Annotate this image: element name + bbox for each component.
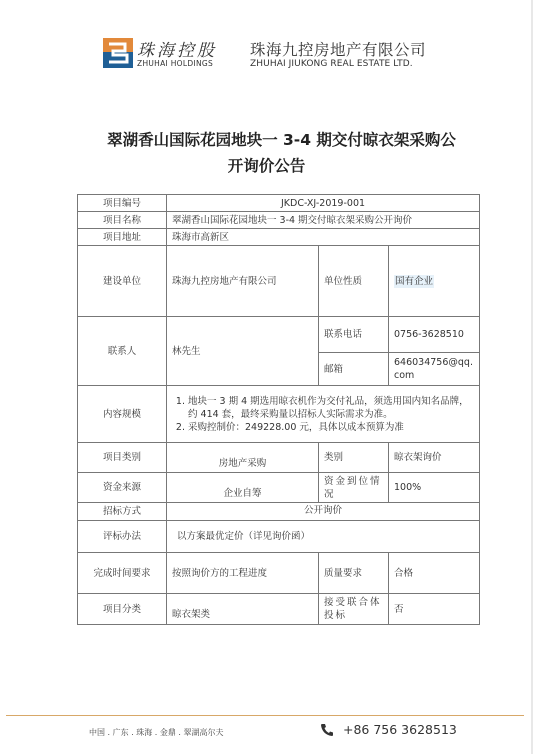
logo-en-text: ZHUHAI HOLDINGS	[137, 59, 213, 68]
table-row-project-name: 项目名称 翠湖香山国际花园地块一 3-4 期交付晾衣架采购公开询价	[78, 212, 480, 229]
table-row-funding: 资金来源 企业自筹 资金到位情况 100%	[78, 473, 480, 503]
project-no-label: 项目编号	[78, 195, 167, 212]
company-name-en: ZHUHAI JIUKONG REAL ESTATE LTD.	[250, 59, 413, 69]
scope-item-1: 地块一 3 期 4 期选用晾衣机作为交付礼品，须选用国内知名品牌，约 414 套…	[188, 395, 474, 421]
company-name-cn: 珠海九控房地产有限公司	[250, 38, 426, 60]
builder-value: 珠海九控房地产有限公司	[167, 246, 319, 317]
project-name-value: 翠湖香山国际花园地块一 3-4 期交付晾衣架采购公开询价	[167, 212, 480, 229]
letterhead: 珠海控股 ZHUHAI HOLDINGS 珠海九控房地产有限公司 ZHUHAI …	[0, 0, 533, 90]
table-row-bidding-method: 招标方式 公开询价	[78, 503, 480, 521]
funding-status-label: 资金到位情况	[319, 473, 389, 503]
table-row-deadline: 完成时间要求 按照询价方的工程进度 质量要求 合格	[78, 553, 480, 594]
builder-nature-cell: 国有企业	[389, 246, 480, 317]
scope-list: 地块一 3 期 4 期选用晾衣机作为交付礼品，须选用国内知名品牌，约 414 套…	[172, 395, 474, 434]
table-row-evaluation: 评标办法 以方案最优定价（详见询价函）	[78, 521, 480, 553]
scope-item-2: 采购控制价：249228.00 元，具体以成本预算为准	[188, 421, 474, 434]
builder-label: 建设单位	[78, 246, 167, 317]
contact-email-value: 646034756@qq.com	[389, 353, 480, 386]
deadline-label: 完成时间要求	[78, 553, 167, 594]
category-type-label: 类别	[319, 443, 389, 473]
consortium-value: 否	[389, 594, 480, 625]
footer-divider	[6, 715, 524, 716]
contact-email-label: 邮箱	[319, 353, 389, 386]
funding-status-value: 100%	[389, 473, 480, 503]
deadline-value: 按照询价方的工程进度	[167, 553, 319, 594]
table-row-category: 项目类别 房地产采购 类别 晾衣架询价	[78, 443, 480, 473]
contact-phone-value: 0756-3628510	[389, 317, 480, 353]
project-info-table: 项目编号 JKDC-XJ-2019-001 项目名称 翠湖香山国际花园地块一 3…	[77, 194, 480, 625]
builder-nature-label: 单位性质	[319, 246, 389, 317]
table-row-contact-phone: 联系人 林先生 联系电话 0756-3628510	[78, 317, 480, 353]
quality-value: 合格	[389, 553, 480, 594]
builder-nature-value: 国有企业	[394, 275, 434, 288]
footer-address: 中国 . 广东 . 珠海 . 金鼎 . 翠湖高尔夫	[89, 727, 224, 738]
table-row-scope: 内容规模 地块一 3 期 4 期选用晾衣机作为交付礼品，须选用国内知名品牌，约 …	[78, 386, 480, 443]
contact-label: 联系人	[78, 317, 167, 386]
project-name-label: 项目名称	[78, 212, 167, 229]
bidding-method-value: 公开询价	[167, 503, 480, 521]
logo-cn-text: 珠海控股	[137, 36, 217, 61]
evaluation-value: 以方案最优定价（详见询价函）	[167, 521, 480, 553]
funding-value: 企业自筹	[167, 473, 319, 503]
title-line-1: 翠湖香山国际花园地块一 3-4 期交付晾衣架采购公	[0, 127, 533, 153]
scope-label: 内容规模	[78, 386, 167, 443]
title-line-2: 开询价公告	[0, 153, 533, 179]
phone-icon	[320, 723, 334, 737]
zhuhai-holdings-logo-icon	[103, 38, 133, 68]
contact-value: 林先生	[167, 317, 319, 386]
classification-value: 晾衣架类	[167, 594, 319, 625]
classification-label: 项目分类	[78, 594, 167, 625]
scope-value: 地块一 3 期 4 期选用晾衣机作为交付礼品，须选用国内知名品牌，约 414 套…	[167, 386, 480, 443]
table-row-classification: 项目分类 晾衣架类 接受联合体投标 否	[78, 594, 480, 625]
project-no-value: JKDC-XJ-2019-001	[167, 195, 480, 212]
document-title: 翠湖香山国际花园地块一 3-4 期交付晾衣架采购公 开询价公告	[0, 127, 533, 179]
project-address-label: 项目地址	[78, 229, 167, 246]
footer-phone-number: +86 756 3628513	[343, 722, 457, 737]
funding-label: 资金来源	[78, 473, 167, 503]
category-type-value: 晾衣架询价	[389, 443, 480, 473]
evaluation-label: 评标办法	[78, 521, 167, 553]
table-row-project-address: 项目地址 珠海市高新区	[78, 229, 480, 246]
consortium-label: 接受联合体投标	[319, 594, 389, 625]
quality-label: 质量要求	[319, 553, 389, 594]
table-row-project-no: 项目编号 JKDC-XJ-2019-001	[78, 195, 480, 212]
bidding-method-label: 招标方式	[78, 503, 167, 521]
category-value: 房地产采购	[167, 443, 319, 473]
category-label: 项目类别	[78, 443, 167, 473]
contact-phone-label: 联系电话	[319, 317, 389, 353]
project-address-value: 珠海市高新区	[167, 229, 480, 246]
table-row-builder: 建设单位 珠海九控房地产有限公司 单位性质 国有企业	[78, 246, 480, 317]
